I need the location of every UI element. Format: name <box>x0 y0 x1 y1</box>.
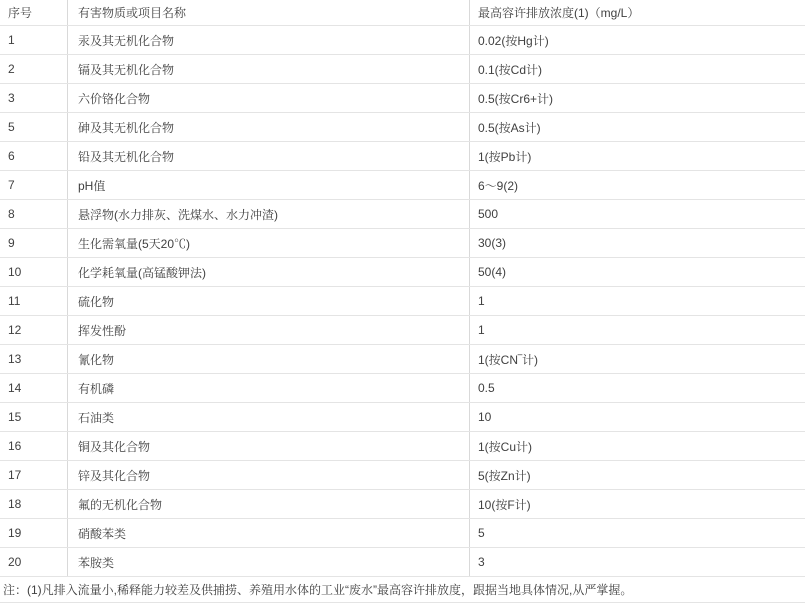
row-substance-name: 硝酸苯类 <box>68 519 470 547</box>
table-row: 8 悬浮物(水力排灰、洗煤水、水力冲渣) 500 <box>0 200 805 229</box>
table-row: 18 氟的无机化合物 10(按F计) <box>0 490 805 519</box>
row-limit-value: 0.02(按Hg计) <box>470 26 805 54</box>
row-limit-value: 1 <box>470 287 805 315</box>
table-row: 14 有机磷 0.5 <box>0 374 805 403</box>
table-row: 1 汞及其无机化合物 0.02(按Hg计) <box>0 26 805 55</box>
row-serial-number: 6 <box>0 142 68 170</box>
row-limit-value: 10 <box>470 403 805 431</box>
row-substance-name: 铜及其化合物 <box>68 432 470 460</box>
column-header-substance: 有害物质或项目名称 <box>68 0 470 25</box>
row-substance-name: 苯胺类 <box>68 548 470 576</box>
row-serial-number: 19 <box>0 519 68 547</box>
row-substance-name: 化学耗氧量(高锰酸钾法) <box>68 258 470 286</box>
row-serial-number: 1 <box>0 26 68 54</box>
row-serial-number: 14 <box>0 374 68 402</box>
row-serial-number: 8 <box>0 200 68 228</box>
row-limit-value: 6～9(2) <box>470 171 805 199</box>
table-row: 3 六价铬化合物 0.5(按Cr6+计) <box>0 84 805 113</box>
row-serial-number: 5 <box>0 113 68 141</box>
row-limit-value: 5(按Zn计) <box>470 461 805 489</box>
row-limit-value: 5 <box>470 519 805 547</box>
row-limit-value: 1(按CN‾计) <box>470 345 805 373</box>
table-row: 16 铜及其化合物 1(按Cu计) <box>0 432 805 461</box>
table-row: 20 苯胺类 3 <box>0 548 805 577</box>
row-serial-number: 15 <box>0 403 68 431</box>
table-body: 1 汞及其无机化合物 0.02(按Hg计) 2 镉及其无机化合物 0.1(按Cd… <box>0 26 805 577</box>
row-substance-name: 氰化物 <box>68 345 470 373</box>
row-limit-value: 0.1(按Cd计) <box>470 55 805 83</box>
table-row: 2 镉及其无机化合物 0.1(按Cd计) <box>0 55 805 84</box>
table-row: 6 铅及其无机化合物 1(按Pb计) <box>0 142 805 171</box>
row-serial-number: 18 <box>0 490 68 518</box>
row-limit-value: 0.5 <box>470 374 805 402</box>
table-row: 17 锌及其化合物 5(按Zn计) <box>0 461 805 490</box>
row-limit-value: 500 <box>470 200 805 228</box>
row-limit-value: 0.5(按Cr6+计) <box>470 84 805 112</box>
row-serial-number: 12 <box>0 316 68 344</box>
table-row: 12 挥发性酚 1 <box>0 316 805 345</box>
row-serial-number: 17 <box>0 461 68 489</box>
row-limit-value: 10(按F计) <box>470 490 805 518</box>
row-serial-number: 16 <box>0 432 68 460</box>
row-limit-value: 50(4) <box>470 258 805 286</box>
row-substance-name: 挥发性酚 <box>68 316 470 344</box>
row-serial-number: 3 <box>0 84 68 112</box>
table-footnote: 注：(1)凡排入流量小,稀释能力较差及供捕捞、养殖用水体的工业“废水”最高容许排… <box>0 577 805 603</box>
row-serial-number: 7 <box>0 171 68 199</box>
table-row: 9 生化需氧量(5天20℃) 30(3) <box>0 229 805 258</box>
row-serial-number: 9 <box>0 229 68 257</box>
row-substance-name: 六价铬化合物 <box>68 84 470 112</box>
row-substance-name: 砷及其无机化合物 <box>68 113 470 141</box>
row-substance-name: 有机磷 <box>68 374 470 402</box>
row-substance-name: 石油类 <box>68 403 470 431</box>
row-substance-name: 氟的无机化合物 <box>68 490 470 518</box>
table-row: 19 硝酸苯类 5 <box>0 519 805 548</box>
row-limit-value: 1(按Cu计) <box>470 432 805 460</box>
row-serial-number: 11 <box>0 287 68 315</box>
row-serial-number: 13 <box>0 345 68 373</box>
table-row: 11 硫化物 1 <box>0 287 805 316</box>
table-row: 10 化学耗氧量(高锰酸钾法) 50(4) <box>0 258 805 287</box>
row-limit-value: 30(3) <box>470 229 805 257</box>
column-header-max-concentration: 最高容许排放浓度(1)（mg/L） <box>470 0 805 25</box>
row-substance-name: 锌及其化合物 <box>68 461 470 489</box>
table-row: 5 砷及其无机化合物 0.5(按As计) <box>0 113 805 142</box>
row-limit-value: 0.5(按As计) <box>470 113 805 141</box>
row-substance-name: pH值 <box>68 171 470 199</box>
row-substance-name: 镉及其无机化合物 <box>68 55 470 83</box>
table-row: 7 pH值 6～9(2) <box>0 171 805 200</box>
row-limit-value: 1(按Pb计) <box>470 142 805 170</box>
row-substance-name: 生化需氧量(5天20℃) <box>68 229 470 257</box>
row-limit-value: 3 <box>470 548 805 576</box>
row-substance-name: 铅及其无机化合物 <box>68 142 470 170</box>
table-row: 13 氰化物 1(按CN‾计) <box>0 345 805 374</box>
pollutant-limits-table: 序号 有害物质或项目名称 最高容许排放浓度(1)（mg/L） 1 汞及其无机化合… <box>0 0 805 603</box>
column-header-serial: 序号 <box>0 0 68 25</box>
table-row: 15 石油类 10 <box>0 403 805 432</box>
table-header-row: 序号 有害物质或项目名称 最高容许排放浓度(1)（mg/L） <box>0 0 805 26</box>
row-serial-number: 2 <box>0 55 68 83</box>
row-substance-name: 悬浮物(水力排灰、洗煤水、水力冲渣) <box>68 200 470 228</box>
row-substance-name: 硫化物 <box>68 287 470 315</box>
row-serial-number: 10 <box>0 258 68 286</box>
row-substance-name: 汞及其无机化合物 <box>68 26 470 54</box>
row-limit-value: 1 <box>470 316 805 344</box>
row-serial-number: 20 <box>0 548 68 576</box>
